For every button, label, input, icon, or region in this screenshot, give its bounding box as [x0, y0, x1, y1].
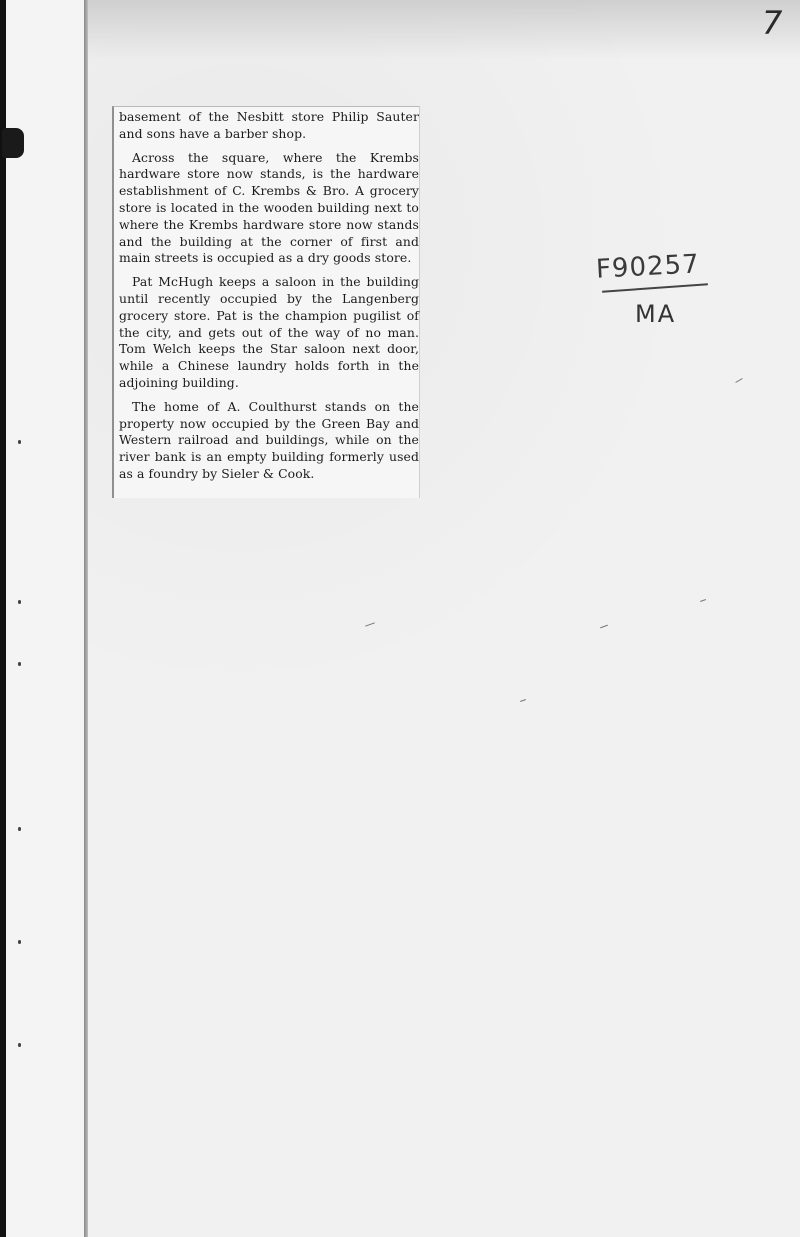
- newspaper-clipping: basement of the Nesbitt store Philip Sau…: [112, 106, 420, 498]
- binding-tab-mark: [2, 128, 24, 158]
- scan-speck: [365, 622, 375, 626]
- scan-speck: [520, 699, 526, 702]
- scanned-page: 7 basement of the Nesbitt store Philip S…: [0, 0, 800, 1237]
- fold-line: [84, 0, 88, 1237]
- scan-speck: [700, 599, 706, 602]
- scan-speck: [600, 625, 608, 629]
- clipping-paragraph: basement of the Nesbitt store Philip Sau…: [119, 109, 419, 143]
- binding-hole: [18, 600, 21, 604]
- handwritten-initials: MA: [635, 300, 676, 328]
- clipping-paragraph: Across the square, where the Krembs hard…: [119, 150, 419, 268]
- clipping-paragraph: The home of A. Coulthurst stands on the …: [119, 399, 419, 483]
- binding-hole: [18, 1043, 21, 1047]
- scan-speck: [735, 378, 742, 383]
- clipping-paragraph: Pat McHugh keeps a saloon in the buildin…: [119, 274, 419, 392]
- handwritten-catalog-number: F90257: [595, 249, 700, 284]
- binding-hole: [18, 940, 21, 944]
- page-number: 7: [762, 4, 782, 42]
- handwritten-underline: [602, 283, 708, 292]
- binding-hole: [18, 827, 21, 831]
- page-margin: [6, 0, 86, 1237]
- binding-hole: [18, 440, 21, 444]
- binding-hole: [18, 662, 21, 666]
- scan-shadow: [88, 0, 800, 60]
